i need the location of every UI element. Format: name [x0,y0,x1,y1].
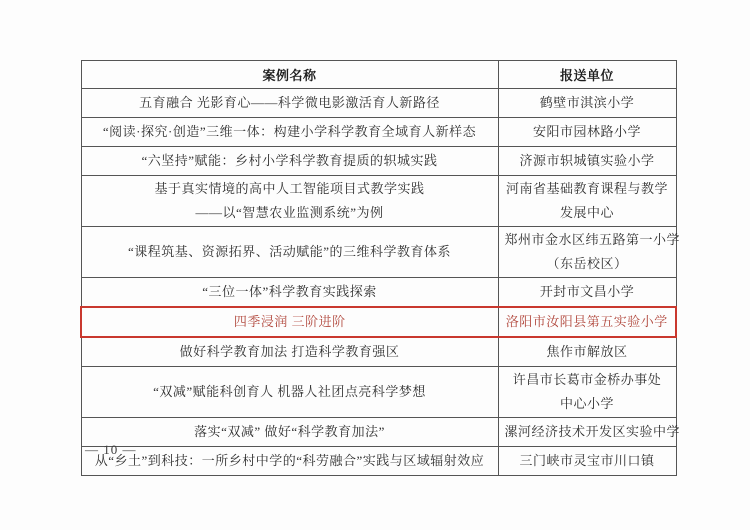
cell-text-line: “六坚持”赋能：乡村小学科学教育提质的轵城实践 [88,149,492,173]
case-name-cell: 五育融合 光影育心——科学微电影激活育人新路径 [81,89,498,118]
col-header-case-name: 案例名称 [81,61,498,89]
cell-text-line: 许昌市长葛市金桥办事处 [505,368,670,392]
case-name-cell: 基于真实情境的高中人工智能项目式教学实践——以“智慧农业监测系统”为例 [81,176,498,227]
col-header-unit: 报送单位 [498,61,676,89]
case-name-cell: 从“乡土”到科技：一所乡村中学的“科劳融合”实践与区域辐射效应 [81,447,498,476]
table-body: 五育融合 光影育心——科学微电影激活育人新路径鹤壁市淇滨小学“阅读·探究·创造”… [81,89,676,476]
cell-text-line: 开封市文昌小学 [505,280,670,304]
unit-cell: 开封市文昌小学 [498,278,676,308]
cell-text-line: 从“乡土”到科技：一所乡村中学的“科劳融合”实践与区域辐射效应 [88,449,492,473]
cases-table: 案例名称 报送单位 五育融合 光影育心——科学微电影激活育人新路径鹤壁市淇滨小学… [80,60,677,476]
table-row: “课程筑基、资源拓界、活动赋能”的三维科学教育体系郑州市金水区纬五路第一小学（东… [81,227,676,278]
case-name-cell: “双减”赋能科创育人 机器人社团点亮科学梦想 [81,367,498,418]
cell-text-line: 三门峡市灵宝市川口镇 [505,449,670,473]
unit-cell: 许昌市长葛市金桥办事处中心小学 [498,367,676,418]
page-number: — 10 — [85,442,137,458]
unit-cell: 郑州市金水区纬五路第一小学（东岳校区） [498,227,676,278]
unit-cell: 三门峡市灵宝市川口镇 [498,447,676,476]
unit-cell: 洛阳市汝阳县第五实验小学 [498,307,676,337]
cell-text-line: 河南省基础教育课程与教学 [505,177,670,201]
cell-text-line: 漯河经济技术开发区实验中学 [505,420,670,444]
cell-text-line: “阅读·探究·创造”三维一体：构建小学科学教育全域育人新样态 [88,120,492,144]
document-page: 案例名称 报送单位 五育融合 光影育心——科学微电影激活育人新路径鹤壁市淇滨小学… [0,0,750,530]
case-name-cell: “六坚持”赋能：乡村小学科学教育提质的轵城实践 [81,147,498,176]
table-row: 落实“双减” 做好“科学教育加法”漯河经济技术开发区实验中学 [81,418,676,447]
cell-text-line: 做好科学教育加法 打造科学教育强区 [88,340,492,364]
cell-text-line: 发展中心 [505,201,670,225]
cell-text-line: 安阳市园林路小学 [505,120,670,144]
unit-cell: 河南省基础教育课程与教学发展中心 [498,176,676,227]
cell-text-line: 洛阳市汝阳县第五实验小学 [505,310,670,334]
case-name-cell: 四季浸润 三阶进阶 [81,307,498,337]
cell-text-line: （东岳校区） [505,252,670,276]
table-row-highlighted: 四季浸润 三阶进阶洛阳市汝阳县第五实验小学 [81,307,676,337]
table-row: 做好科学教育加法 打造科学教育强区焦作市解放区 [81,337,676,367]
table-row: 基于真实情境的高中人工智能项目式教学实践——以“智慧农业监测系统”为例河南省基础… [81,176,676,227]
cell-text-line: “双减”赋能科创育人 机器人社团点亮科学梦想 [88,380,492,404]
table-row: “阅读·探究·创造”三维一体：构建小学科学教育全域育人新样态安阳市园林路小学 [81,118,676,147]
case-name-cell: “三位一体”科学教育实践探索 [81,278,498,308]
cell-text-line: “三位一体”科学教育实践探索 [88,280,492,304]
cell-text-line: 四季浸润 三阶进阶 [88,310,492,334]
table-row: 从“乡土”到科技：一所乡村中学的“科劳融合”实践与区域辐射效应三门峡市灵宝市川口… [81,447,676,476]
cell-text-line: ——以“智慧农业监测系统”为例 [88,201,492,225]
cell-text-line: “课程筑基、资源拓界、活动赋能”的三维科学教育体系 [88,240,492,264]
header-row: 案例名称 报送单位 [81,61,676,89]
cell-text-line: 鹤壁市淇滨小学 [505,91,670,115]
cell-text-line: 中心小学 [505,392,670,416]
cell-text-line: 五育融合 光影育心——科学微电影激活育人新路径 [88,91,492,115]
table-row: “三位一体”科学教育实践探索开封市文昌小学 [81,278,676,308]
table-row: 五育融合 光影育心——科学微电影激活育人新路径鹤壁市淇滨小学 [81,89,676,118]
unit-cell: 漯河经济技术开发区实验中学 [498,418,676,447]
cell-text-line: 落实“双减” 做好“科学教育加法” [88,420,492,444]
table-row: “双减”赋能科创育人 机器人社团点亮科学梦想许昌市长葛市金桥办事处中心小学 [81,367,676,418]
unit-cell: 济源市轵城镇实验小学 [498,147,676,176]
case-name-cell: 落实“双减” 做好“科学教育加法” [81,418,498,447]
case-name-cell: “阅读·探究·创造”三维一体：构建小学科学教育全域育人新样态 [81,118,498,147]
case-name-cell: 做好科学教育加法 打造科学教育强区 [81,337,498,367]
cell-text-line: 济源市轵城镇实验小学 [505,149,670,173]
table-header: 案例名称 报送单位 [81,61,676,89]
cell-text-line: 焦作市解放区 [505,340,670,364]
cell-text-line: 基于真实情境的高中人工智能项目式教学实践 [88,177,492,201]
cell-text-line: 郑州市金水区纬五路第一小学 [505,228,670,252]
unit-cell: 焦作市解放区 [498,337,676,367]
unit-cell: 鹤壁市淇滨小学 [498,89,676,118]
table-row: “六坚持”赋能：乡村小学科学教育提质的轵城实践济源市轵城镇实验小学 [81,147,676,176]
unit-cell: 安阳市园林路小学 [498,118,676,147]
case-name-cell: “课程筑基、资源拓界、活动赋能”的三维科学教育体系 [81,227,498,278]
